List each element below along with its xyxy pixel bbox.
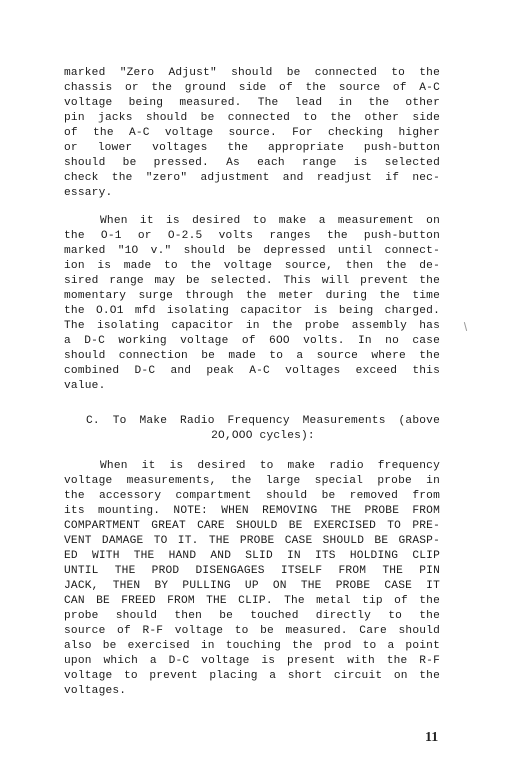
text-line: momentary surge through the meter during…	[64, 289, 440, 304]
text-line: combined D-C and peak A-C voltages excee…	[64, 364, 440, 379]
text-line: essary.	[64, 186, 440, 201]
text-line: The isolating capacitor in the probe ass…	[64, 319, 440, 334]
text-line: also be exercised in touching the prod t…	[64, 639, 440, 654]
text-line: ion is made to the voltage source, then …	[64, 259, 440, 274]
page-number: 11	[425, 730, 438, 746]
text-line: should connection be made to a source wh…	[64, 349, 440, 364]
text-line: voltages.	[64, 684, 440, 699]
text-line: CAN BE FREED FROM THE CLIP. The metal ti…	[64, 594, 440, 609]
text-line: source of R-F voltage to be measured. Ca…	[64, 624, 440, 639]
heading-line: C. To Make Radio Frequency Measurements …	[86, 414, 440, 429]
text-line: voltage measurements, the large special …	[64, 474, 440, 489]
text-line: sired range may be selected. This will p…	[64, 274, 440, 289]
text-line: a D-C working voltage of 6OO volts. In n…	[64, 334, 440, 349]
scan-mark	[464, 322, 467, 331]
text-line: VENT DAMAGE TO IT. THE PROBE CASE SHOULD…	[64, 534, 440, 549]
text-line: voltage being measured. The lead in the …	[64, 96, 440, 111]
text-line: pin jacks should be connected to the oth…	[64, 111, 440, 126]
text-line: When it is desired to make a measurement…	[100, 214, 440, 229]
text-line: When it is desired to make radio frequen…	[100, 459, 440, 474]
text-line: of the A-C voltage source. For checking …	[64, 126, 440, 141]
text-line: COMPARTMENT GREAT CARE SHOULD BE EXERCIS…	[64, 519, 440, 534]
text-line: the O.O1 mfd isolating capacitor is bein…	[64, 304, 440, 319]
text-line: value.	[64, 379, 440, 394]
text-line: JACK, THEN BY PULLING UP ON THE PROBE CA…	[64, 579, 440, 594]
text-line: probe should then be touched directly to…	[64, 609, 440, 624]
text-line: or lower voltages the appropriate push-b…	[64, 141, 440, 156]
text-line: voltage to prevent placing a short circu…	[64, 669, 440, 684]
text-line: marked "1O v." should be depressed until…	[64, 244, 440, 259]
text-line: the accessory compartment should be remo…	[64, 489, 440, 504]
document-page: marked "Zero Adjust" should be connected…	[0, 0, 517, 773]
text-line: the O-1 or O-2.5 volts ranges the push-b…	[64, 229, 440, 244]
text-line: UNTIL THE PROD DISENGAGES ITSELF FROM TH…	[64, 564, 440, 579]
text-line: its mounting. NOTE: WHEN REMOVING THE PR…	[64, 504, 440, 519]
text-line: chassis or the ground side of the source…	[64, 81, 440, 96]
text-line: upon which a D-C voltage is present with…	[64, 654, 440, 669]
heading-line: 2O,OOO cycles):	[86, 429, 440, 444]
text-line: check the "zero" adjustment and readjust…	[64, 171, 440, 186]
text-line: ED WITH THE HAND AND SLID IN ITS HOLDING…	[64, 549, 440, 564]
text-line: should be pressed. As each range is sele…	[64, 156, 440, 171]
text-line: marked "Zero Adjust" should be connected…	[64, 66, 440, 81]
